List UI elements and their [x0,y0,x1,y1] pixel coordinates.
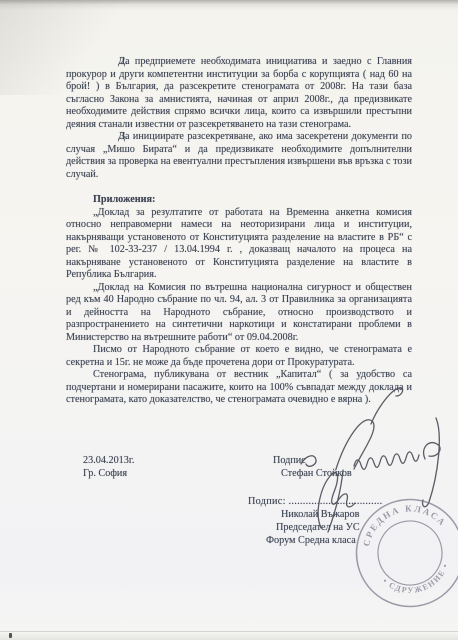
document-body-text: 2.Да предприемете необходимата инициатив… [66,56,412,407]
signature2-organization: Форум Средна класа [266,534,356,547]
attachments-heading: Приложения: [66,194,412,207]
signature1-signer-name: Стефан Стойков [281,467,352,480]
signature1-label: Подпис [273,454,306,467]
paragraph: „Доклад на Комисия по вътрешна националн… [66,282,412,345]
scan-top-edge [0,0,458,10]
paragraph-number: 3. [93,131,118,144]
signature2-signer-title: Председател на УС [276,521,360,534]
document-city: Гр. София [83,467,134,480]
paragraph-number: 2. [93,56,118,69]
paragraph: „Доклад за резултатите от работата на Вр… [66,207,412,282]
signature2-signer-name: Николай Въжаров [281,508,359,521]
scan-dust-speck [9,633,12,638]
signature2-label: Подпис: ................................… [248,495,383,508]
date-place-block: 23.04.2013г. Гр. София [83,454,134,480]
paragraph: 3.Да инициирате разсекретяване, ако има … [66,131,412,181]
scanned-document-page: { "document": { "body": { "paragraphs": … [0,0,458,640]
paragraph: Писмо от Народното събрание от което е в… [66,344,412,369]
paragraph: 2.Да предприемете необходимата инициатив… [66,56,412,131]
document-date: 23.04.2013г. [83,454,134,467]
scan-bottom-edge [0,631,458,640]
paragraph: Стенограма, публикувана от вестник „Капи… [66,369,412,407]
